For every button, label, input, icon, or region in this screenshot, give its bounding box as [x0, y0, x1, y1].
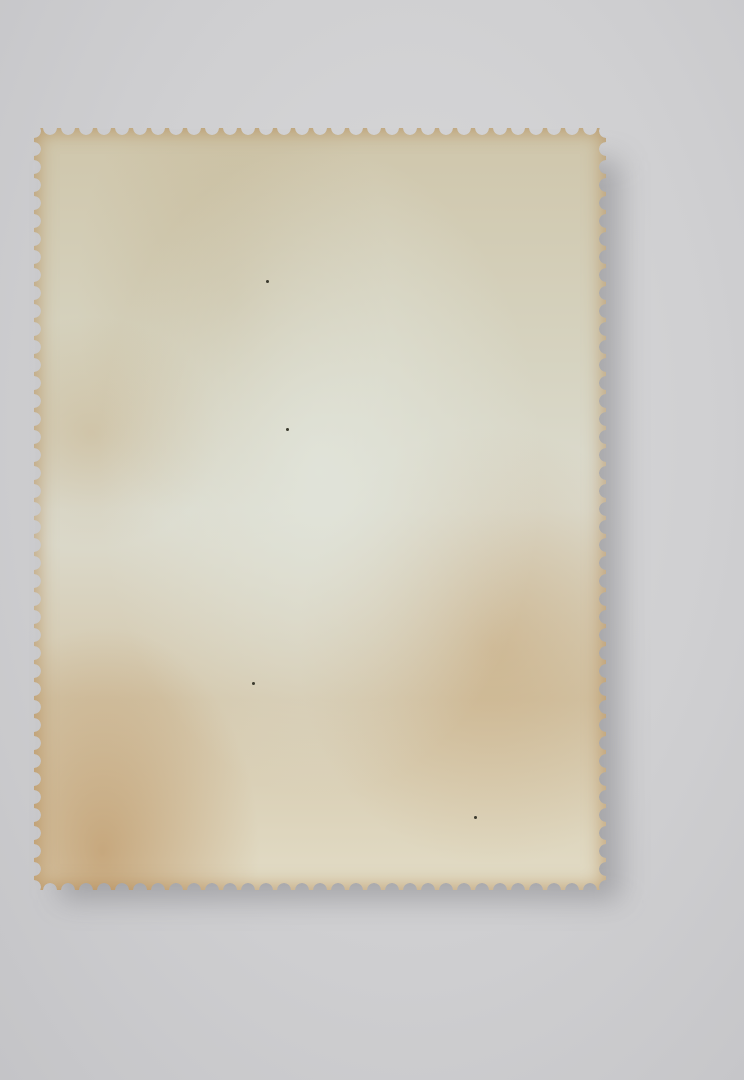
paper-fleck	[266, 280, 269, 283]
stamp-perforated-edge-horizontal	[34, 128, 606, 890]
paper-fleck	[252, 682, 255, 685]
toned-edge-stain	[34, 128, 606, 890]
postage-stamp-back	[34, 128, 606, 890]
stamp-paper	[34, 128, 606, 890]
paper-fleck	[474, 816, 477, 819]
photo-scene	[0, 0, 744, 1080]
paper-fleck	[286, 428, 289, 431]
